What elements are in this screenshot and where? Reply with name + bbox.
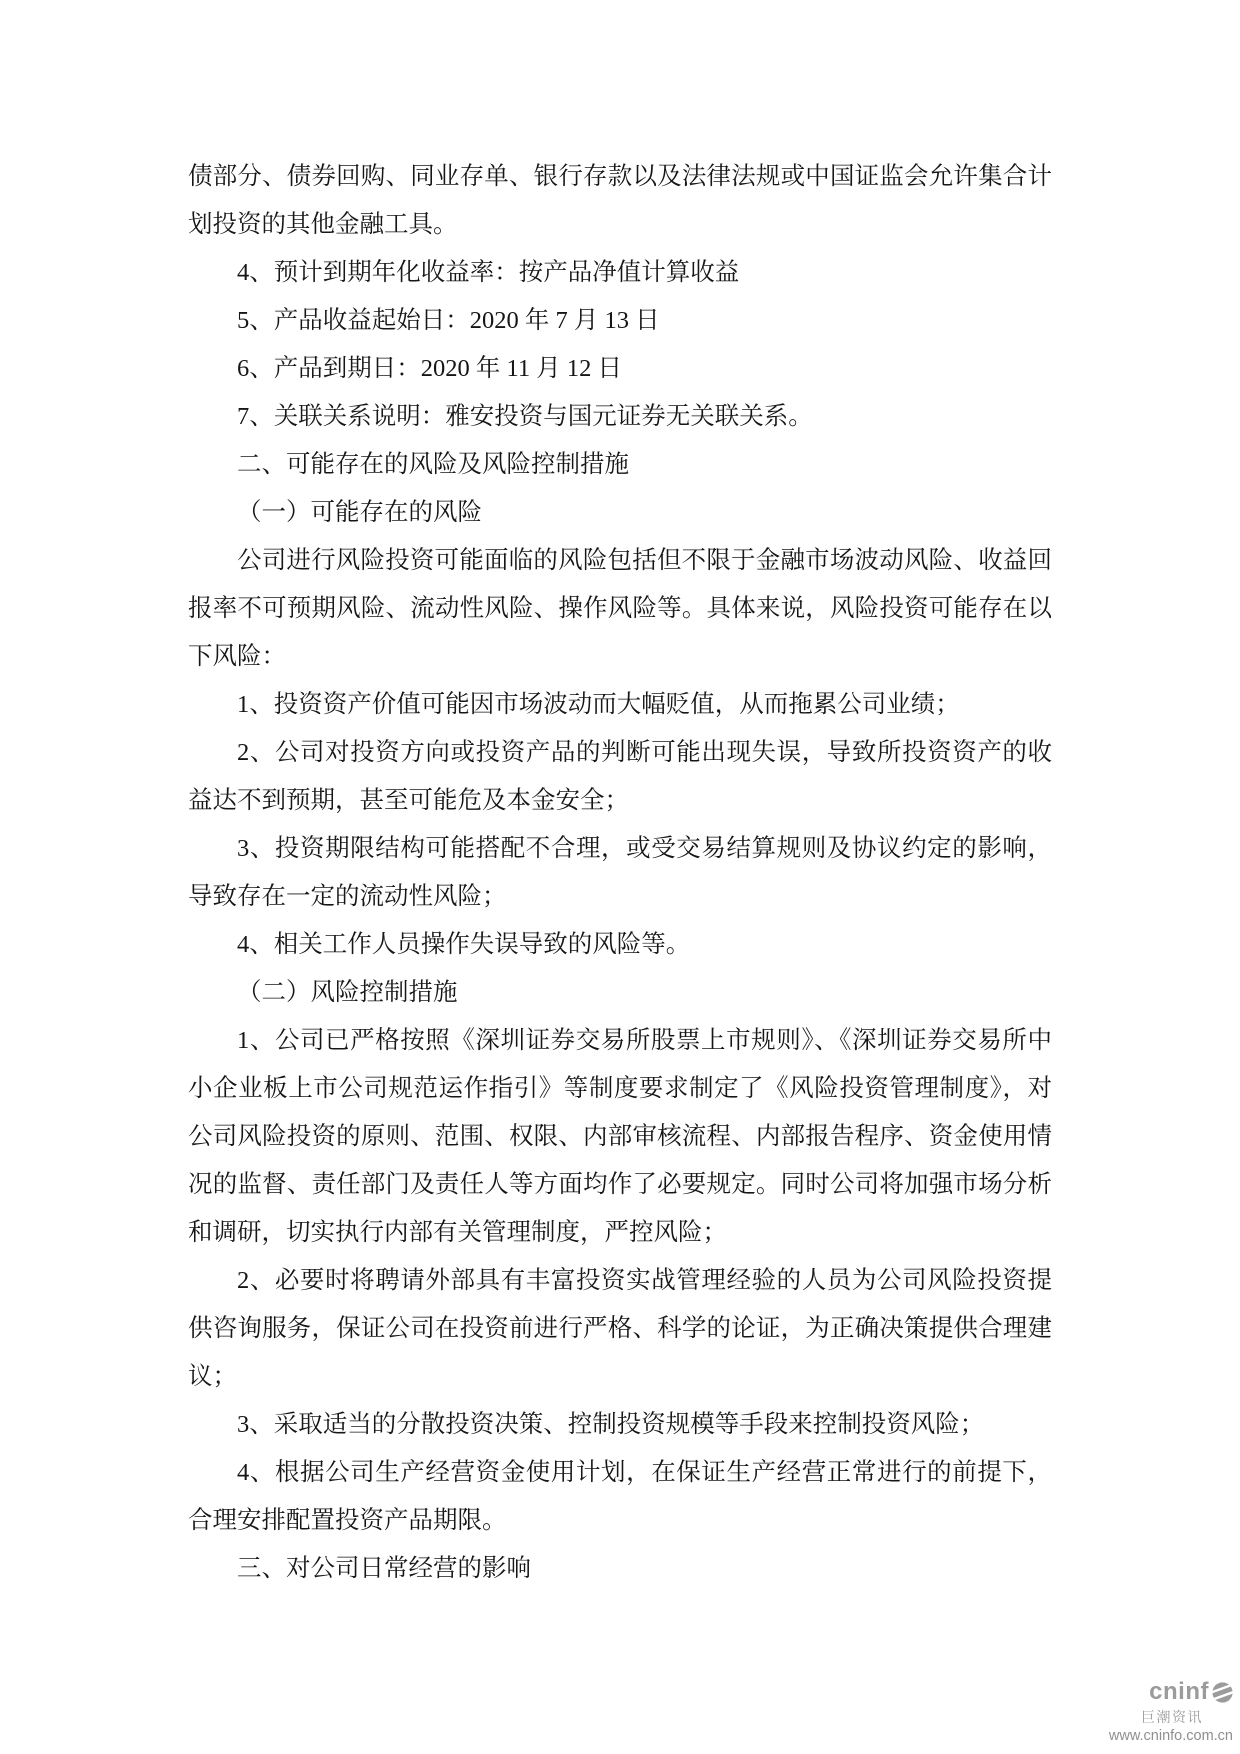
control-item-1-internal-system: 1、公司已严格按照《深圳证券交易所股票上市规则》、《深圳证券交易所中小企业板上市… (188, 1017, 1052, 1257)
risk-item-1-market-fluctuation: 1、投资资产价值可能因市场波动而大幅贬值，从而拖累公司业绩； (188, 681, 1052, 729)
risk-item-2-judgment-error: 2、公司对投资方向或投资产品的判断可能出现失误，导致所投资资产的收益达不到预期，… (188, 729, 1052, 825)
cninfo-logo-text: cninf (1149, 1680, 1209, 1704)
item-income-start-date: 5、产品收益起始日：2020 年 7 月 13 日 (188, 297, 1052, 345)
item-maturity-date: 6、产品到期日：2020 年 11 月 12 日 (188, 345, 1052, 393)
para-continuation-permitted-instruments: 债部分、债券回购、同业存单、银行存款以及法律法规或中国证监会允许集合计划投资的其… (188, 153, 1052, 249)
item-related-party-note: 7、关联关系说明：雅安投资与国元证券无关联关系。 (188, 393, 1052, 441)
heading-2-1-possible-risks: （一）可能存在的风险 (188, 489, 1052, 537)
cninfo-logo: cninf (1063, 1679, 1233, 1705)
heading-section-3-impact-on-operations: 三、对公司日常经营的影响 (188, 1545, 1052, 1593)
document-body: 债部分、债券回购、同业存单、银行存款以及法律法规或中国证监会允许集合计划投资的其… (188, 153, 1052, 1593)
control-item-4-fund-planning: 4、根据公司生产经营资金使用计划，在保证生产经营正常进行的前提下，合理安排配置投… (188, 1449, 1052, 1545)
heading-2-2-risk-control-measures: （二）风险控制措施 (188, 969, 1052, 1017)
para-risk-overview: 公司进行风险投资可能面临的风险包括但不限于金融市场波动风险、收益回报率不可预期风… (188, 537, 1052, 681)
control-item-3-diversification: 3、采取适当的分散投资决策、控制投资规模等手段来控制投资风险； (188, 1401, 1052, 1449)
cninfo-url: www.cninfo.com.cn (1063, 1728, 1233, 1744)
cninfo-brand-name: 巨潮资讯 (1063, 1707, 1233, 1727)
cninfo-globe-icon (1212, 1682, 1233, 1703)
document-page: 债部分、债券回购、同业存单、银行存款以及法律法规或中国证监会允许集合计划投资的其… (0, 0, 1240, 1754)
control-item-2-external-experts: 2、必要时将聘请外部具有丰富投资实战管理经验的人员为公司风险投资提供咨询服务，保… (188, 1257, 1052, 1401)
heading-section-2-risks-and-controls: 二、可能存在的风险及风险控制措施 (188, 441, 1052, 489)
cninfo-watermark: cninf 巨潮资讯 www.cninfo.com.cn (1063, 1679, 1233, 1744)
risk-item-4-operational: 4、相关工作人员操作失误导致的风险等。 (188, 921, 1052, 969)
risk-item-3-liquidity: 3、投资期限结构可能搭配不合理，或受交易结算规则及协议约定的影响，导致存在一定的… (188, 825, 1052, 921)
item-expected-annual-yield: 4、预计到期年化收益率：按产品净值计算收益 (188, 249, 1052, 297)
